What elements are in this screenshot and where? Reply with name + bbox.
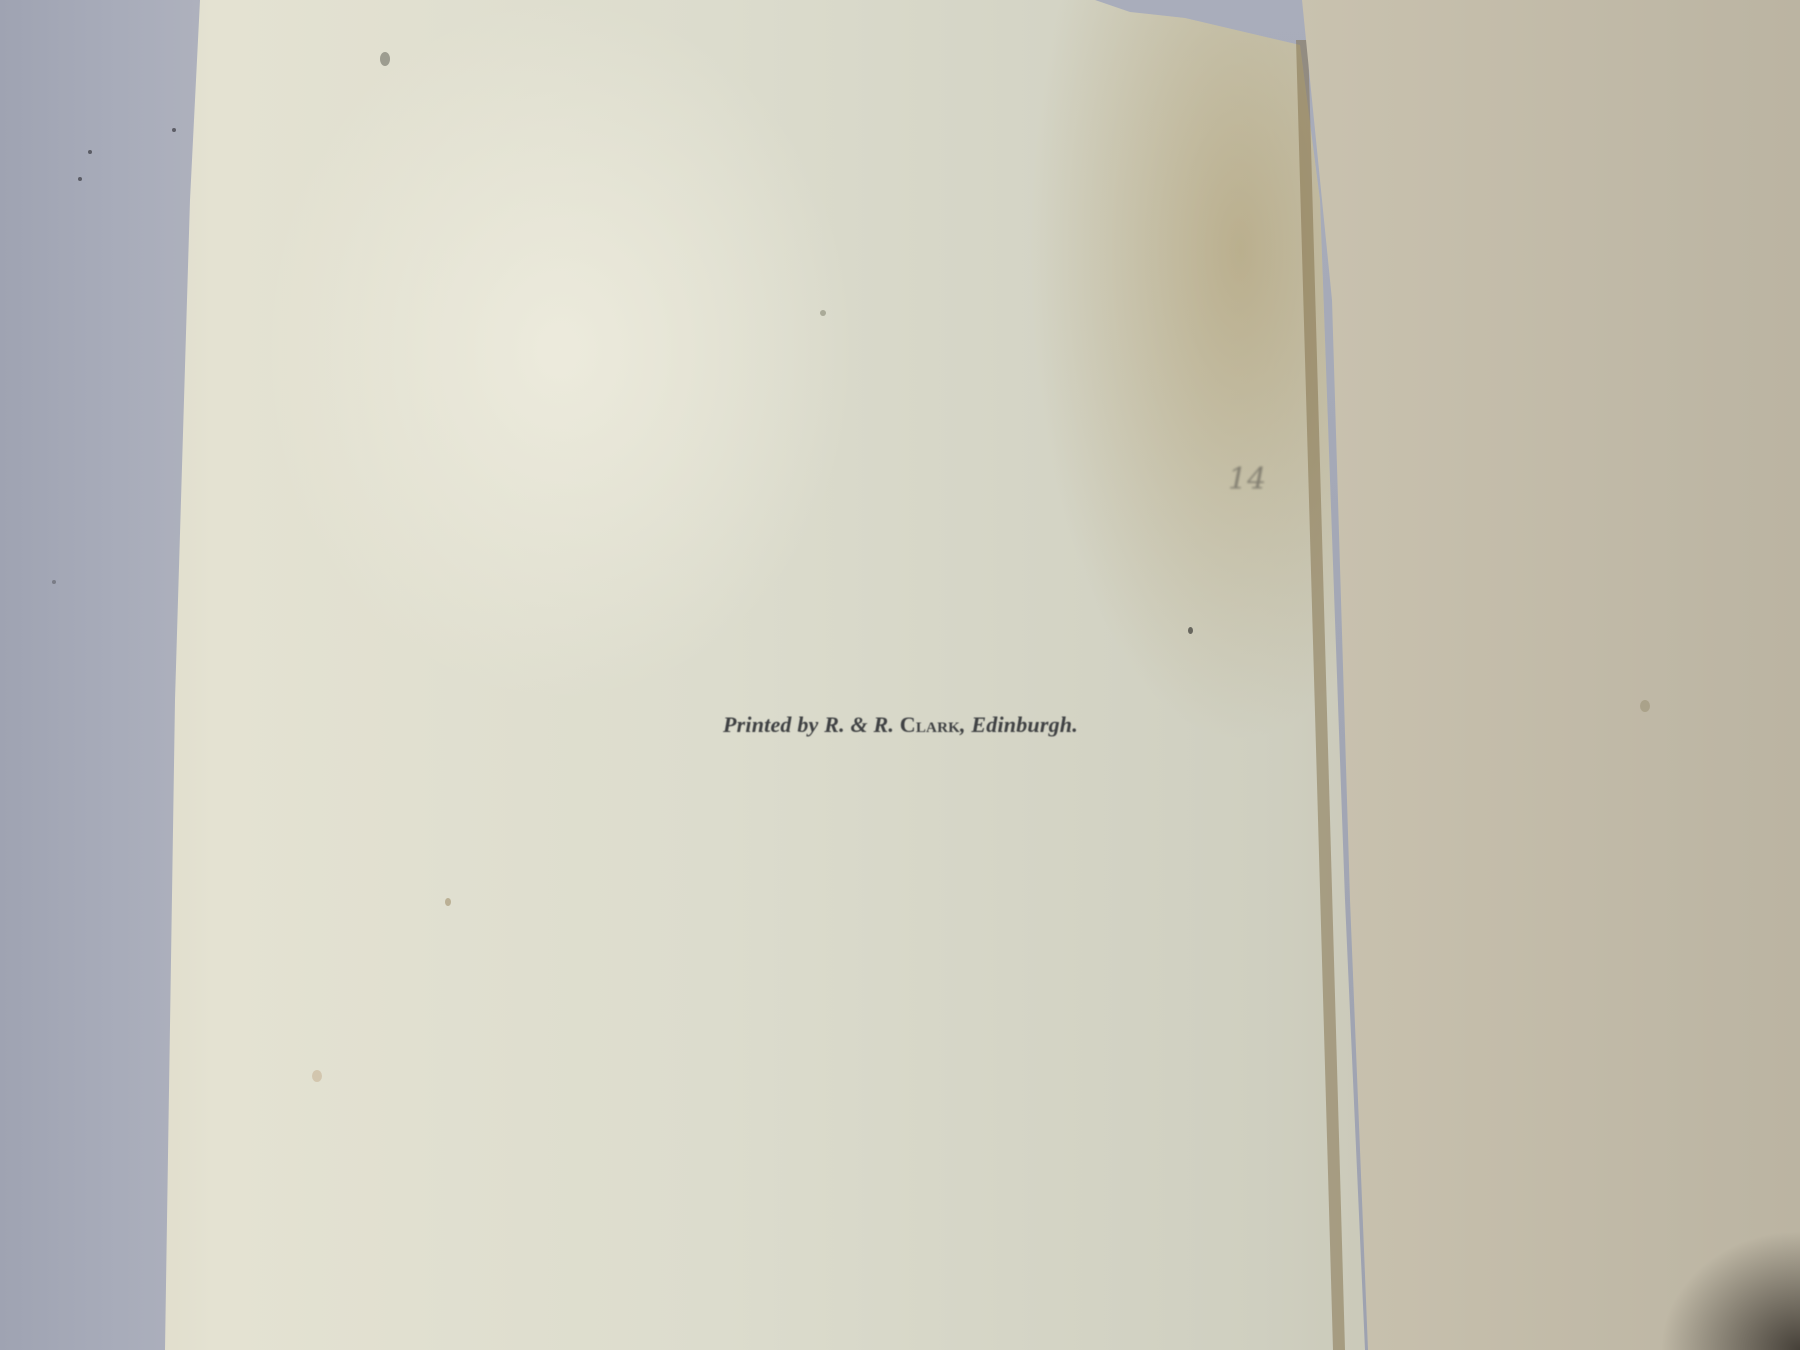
printer-imprint: Printed by R. & R. Clark, Edinburgh. [723,712,1113,738]
imprint-name: Clark [900,712,960,737]
hand-shadow [1660,1230,1800,1350]
dust-speck [172,128,176,132]
imprint-prefix: Printed by R. & R. [723,712,900,737]
dust-speck [52,580,56,584]
foxing-spot [820,310,826,316]
pencil-page-number: 14 [1228,462,1266,497]
dust-speck [88,150,92,154]
foxing-spot [312,1070,322,1082]
dust-speck [78,177,82,181]
foxing-spot [445,898,451,906]
imprint-suffix: , Edinburgh. [960,712,1078,737]
foxing-spot [380,52,390,66]
foxing-spot [1640,700,1650,712]
foxing-spot [1188,627,1193,634]
